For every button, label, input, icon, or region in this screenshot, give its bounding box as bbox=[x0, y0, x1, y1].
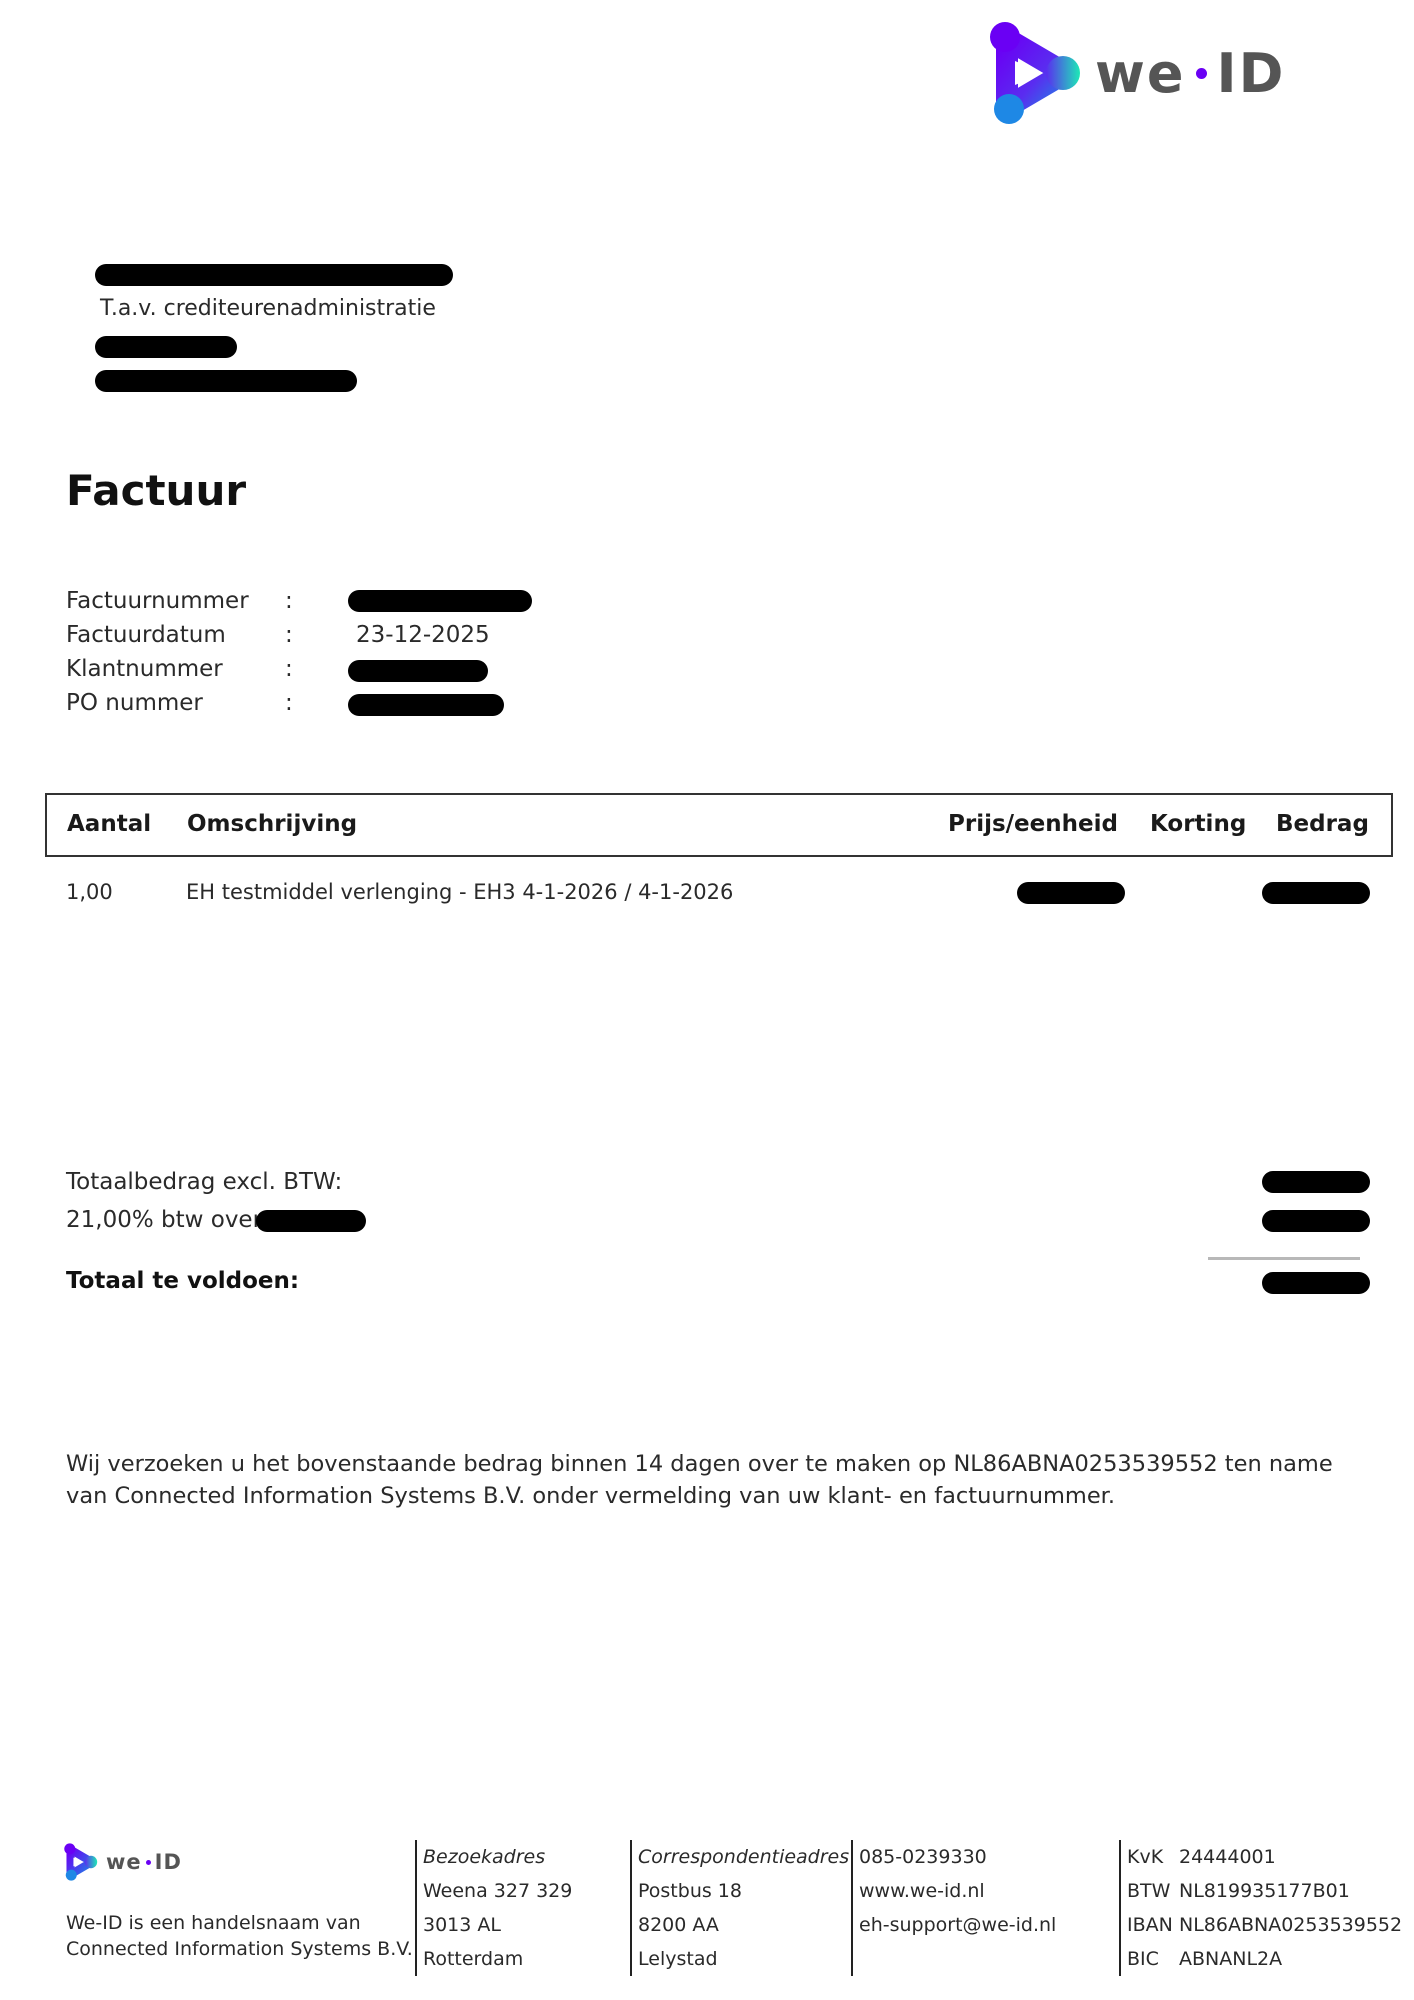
contact-phone[interactable]: 085-0239330 bbox=[859, 1840, 1099, 1874]
grand-total-label: Totaal te voldoen: bbox=[66, 1268, 299, 1294]
page-title: Factuur bbox=[66, 466, 246, 515]
registry-value: NL86ABNA0253539552 bbox=[1179, 1908, 1402, 1942]
registry-value: NL819935177B01 bbox=[1179, 1874, 1350, 1908]
meta-label-customer-number: Klantnummer bbox=[66, 656, 223, 682]
correspondence-street: Postbus 18 bbox=[638, 1874, 848, 1908]
wordmark-dot bbox=[146, 1860, 151, 1865]
registry-key: BTW bbox=[1127, 1874, 1179, 1908]
wordmark-dot bbox=[1196, 68, 1207, 79]
attention-line: T.a.v. crediteurenadministratie bbox=[100, 296, 436, 321]
cell-aantal: 1,00 bbox=[66, 880, 113, 904]
trade-name-statement: We-ID is een handelsnaam van Connected I… bbox=[66, 1910, 413, 1962]
we-id-wordmark: we ID bbox=[1095, 42, 1285, 105]
payment-line-2: van Connected Information Systems B.V. o… bbox=[66, 1480, 1366, 1512]
redacted-total-excl bbox=[1262, 1171, 1370, 1193]
wordmark-id: ID bbox=[155, 1850, 182, 1874]
payment-instruction: Wij verzoeken u het bovenstaande bedrag … bbox=[66, 1448, 1366, 1512]
meta-label-invoice-number: Factuurnummer bbox=[66, 588, 249, 614]
redacted-vat-amount bbox=[1262, 1210, 1370, 1232]
contact-info: 085-0239330 www.we-id.nl eh-support@we-i… bbox=[851, 1840, 1099, 1976]
wordmark-we: we bbox=[106, 1850, 142, 1874]
redacted-vat-base bbox=[256, 1210, 366, 1232]
visit-address-heading: Bezoekadres bbox=[423, 1840, 623, 1874]
correspondence-city: Lelystad bbox=[638, 1942, 848, 1976]
registry-key: IBAN bbox=[1127, 1908, 1179, 1942]
table-header: Aantal Omschrijving Prijs/eenheid Kortin… bbox=[45, 793, 1393, 857]
we-id-logo-icon bbox=[985, 21, 1081, 125]
visit-city: Rotterdam bbox=[423, 1942, 623, 1976]
col-bedrag: Bedrag bbox=[1276, 811, 1369, 837]
redacted-company-name bbox=[95, 264, 453, 286]
meta-colon: : bbox=[285, 656, 293, 682]
col-korting: Korting bbox=[1150, 811, 1246, 837]
redacted-po-number bbox=[348, 694, 504, 716]
company-registry: KvK 24444001 BTW NL819935177B01 IBAN NL8… bbox=[1119, 1840, 1414, 1976]
vat-label: 21,00% btw over bbox=[66, 1207, 262, 1233]
visit-street: Weena 327 329 bbox=[423, 1874, 623, 1908]
registry-kvk: KvK 24444001 bbox=[1127, 1840, 1414, 1874]
redacted-unit-price bbox=[1017, 882, 1125, 904]
trade-name-line-1: We-ID is een handelsnaam van bbox=[66, 1910, 413, 1936]
redacted-grand-total bbox=[1262, 1272, 1370, 1294]
col-omschrijving: Omschrijving bbox=[187, 811, 357, 837]
we-id-logo-icon bbox=[62, 1843, 98, 1881]
payment-line-1: Wij verzoeken u het bovenstaande bedrag … bbox=[66, 1448, 1366, 1480]
col-prijs-eenheid: Prijs/eenheid bbox=[948, 811, 1118, 837]
we-id-logo: we ID bbox=[985, 18, 1305, 128]
redacted-postal-city bbox=[95, 370, 357, 392]
correspondence-heading: Correspondentieadres bbox=[638, 1840, 848, 1874]
redacted-customer-number bbox=[348, 660, 488, 682]
registry-key: BIC bbox=[1127, 1942, 1179, 1976]
meta-label-po-number: PO nummer bbox=[66, 690, 203, 716]
registry-btw: BTW NL819935177B01 bbox=[1127, 1874, 1414, 1908]
wordmark-we: we bbox=[1095, 42, 1186, 105]
meta-colon: : bbox=[285, 690, 293, 716]
footer-logo: we ID bbox=[62, 1843, 182, 1881]
registry-bic: BIC ABNANL2A bbox=[1127, 1942, 1414, 1976]
meta-value-invoice-date: 23-12-2025 bbox=[356, 622, 490, 648]
registry-value: ABNANL2A bbox=[1179, 1942, 1282, 1976]
redacted-line-amount bbox=[1262, 882, 1370, 904]
registry-iban: IBAN NL86ABNA0253539552 bbox=[1127, 1908, 1414, 1942]
wordmark-id: ID bbox=[1217, 42, 1286, 105]
contact-email-link[interactable]: eh-support@we-id.nl bbox=[859, 1908, 1099, 1942]
col-aantal: Aantal bbox=[67, 811, 151, 837]
total-excl-label: Totaalbedrag excl. BTW: bbox=[66, 1169, 342, 1195]
registry-value: 24444001 bbox=[1179, 1840, 1276, 1874]
footer-wordmark: we ID bbox=[106, 1850, 182, 1874]
correspondence-postal: 8200 AA bbox=[638, 1908, 848, 1942]
meta-colon: : bbox=[285, 588, 293, 614]
cell-omschrijving: EH testmiddel verlenging - EH3 4-1-2026 … bbox=[186, 880, 733, 904]
trade-name-line-2: Connected Information Systems B.V. bbox=[66, 1936, 413, 1962]
totals-divider bbox=[1208, 1257, 1360, 1260]
contact-website-link[interactable]: www.we-id.nl bbox=[859, 1874, 1099, 1908]
registry-key: KvK bbox=[1127, 1840, 1179, 1874]
meta-label-invoice-date: Factuurdatum bbox=[66, 622, 226, 648]
redacted-address-line bbox=[95, 336, 237, 358]
visit-address: Bezoekadres Weena 327 329 3013 AL Rotter… bbox=[415, 1840, 623, 1976]
redacted-invoice-number bbox=[348, 590, 532, 612]
visit-postal: 3013 AL bbox=[423, 1908, 623, 1942]
correspondence-address: Correspondentieadres Postbus 18 8200 AA … bbox=[630, 1840, 848, 1976]
meta-colon: : bbox=[285, 622, 293, 648]
